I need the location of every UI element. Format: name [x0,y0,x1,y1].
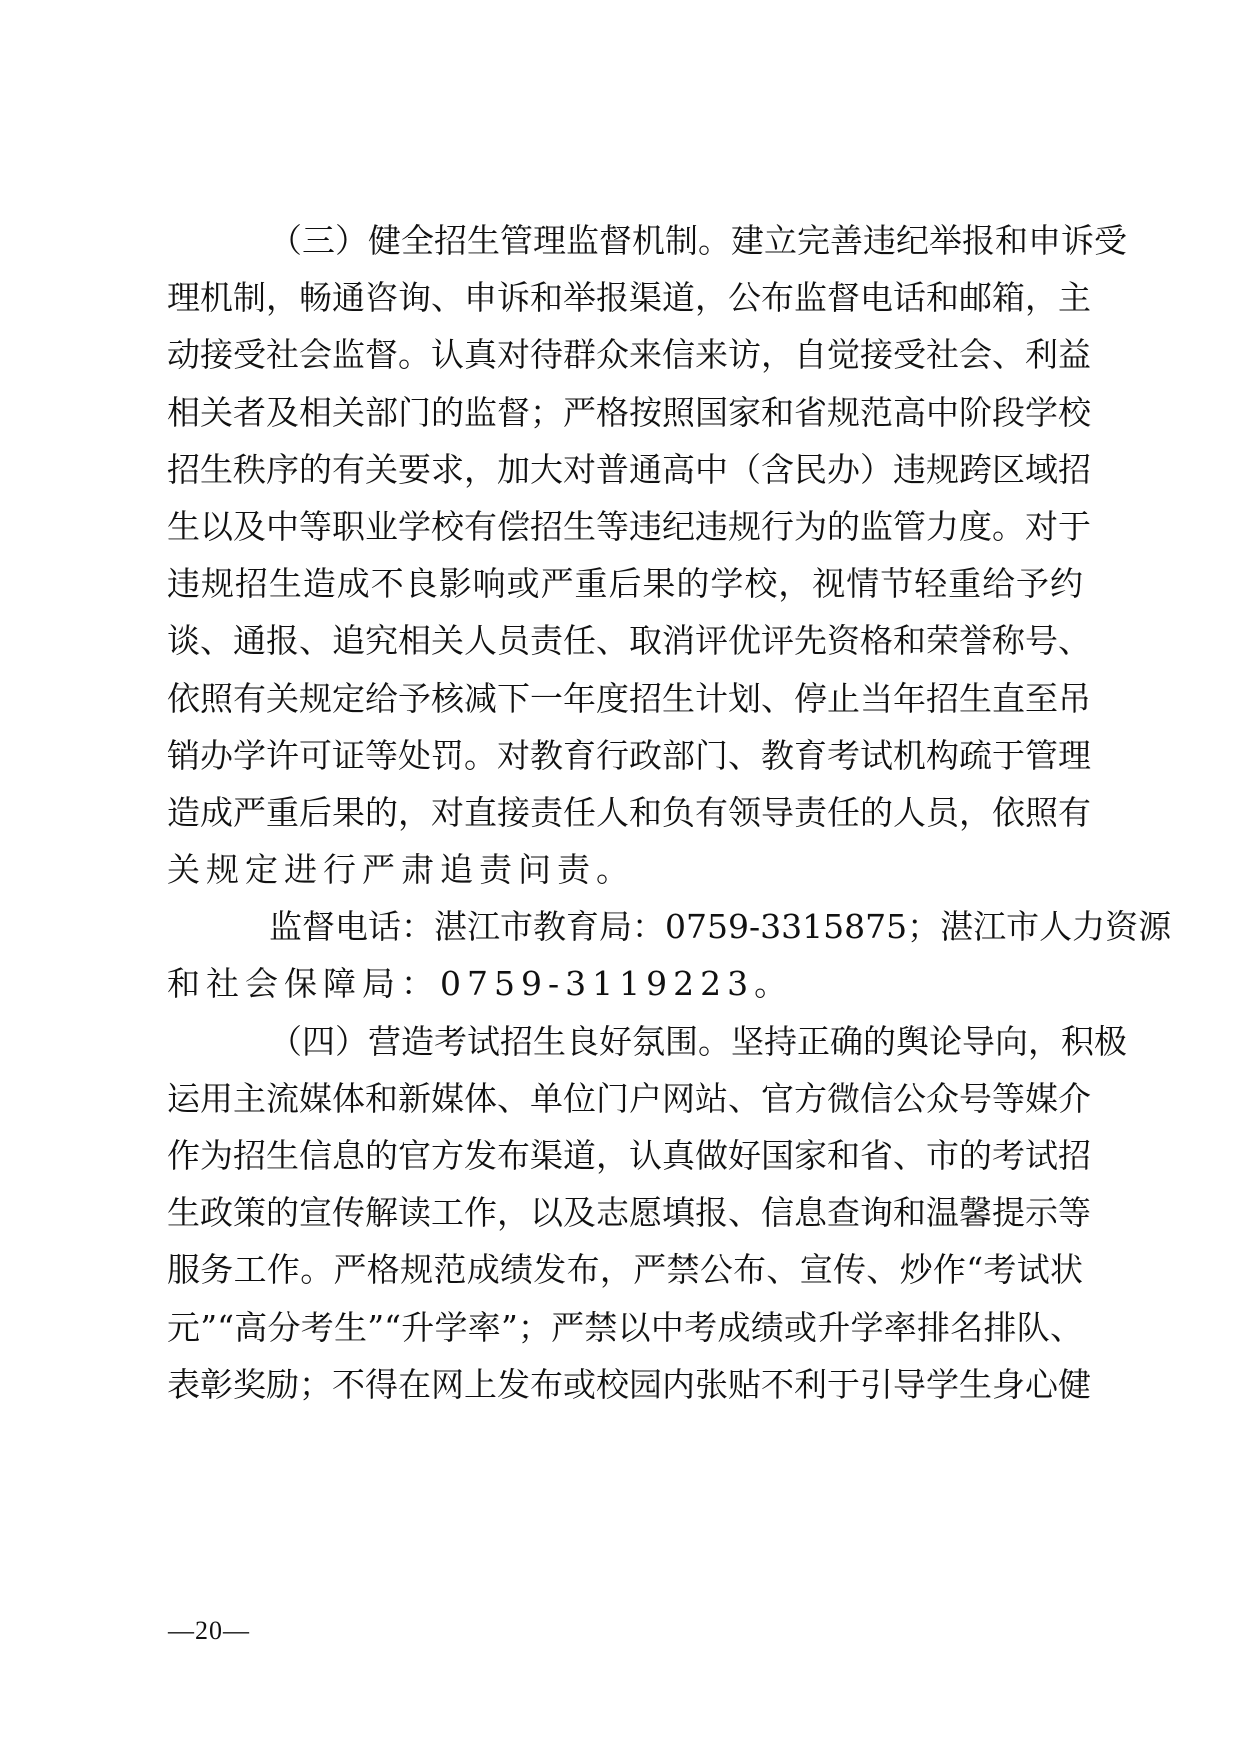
paragraph-line: 生以及中等职业学校有偿招生等违纪违规行为的监管力度。对于 [167,498,1083,555]
paragraph-line: 依照有关规定给予核减下一年度招生计划、停止当年招生直至吊 [167,670,1083,727]
paragraph-line: 作为招生信息的官方发布渠道，认真做好国家和省、市的考试招 [167,1127,1083,1184]
paragraph-line: 谈、通报、追究相关人员责任、取消评优评先资格和荣誉称号、 [167,612,1083,669]
phone-line: 监督电话：湛江市教育局：0759-3315875；湛江市人力资源 [167,898,1083,955]
paragraph-line: 关规定进行严肃追责问责。 [167,841,1083,898]
paragraph-line: 服务工作。严格规范成绩发布，严禁公布、宣传、炒作“考试状 [167,1241,1083,1298]
paragraph-line: 销办学许可证等处罚。对教育行政部门、教育考试机构疏于管理 [167,727,1083,784]
supervision-phones-paragraph: 监督电话：湛江市教育局：0759-3315875；湛江市人力资源 和社会保障局：… [167,898,1083,1012]
paragraph-line: 理机制，畅通咨询、申诉和举报渠道，公布监督电话和邮箱，主 [167,269,1083,326]
paragraph-line: 动接受社会监督。认真对待群众来信来访，自觉接受社会、利益 [167,326,1083,383]
page-number: —20— [168,1614,250,1648]
document-page: （三）健全招生管理监督机制。建立完善违纪举报和申诉受 理机制，畅通咨询、申诉和举… [0,0,1240,1754]
paragraph-section-3: （三）健全招生管理监督机制。建立完善违纪举报和申诉受 理机制，畅通咨询、申诉和举… [167,212,1083,898]
document-body: （三）健全招生管理监督机制。建立完善违纪举报和申诉受 理机制，畅通咨询、申诉和举… [167,212,1083,1413]
paragraph-line: 相关者及相关部门的监督；严格按照国家和省规范高中阶段学校 [167,384,1083,441]
paragraph-line: 造成严重后果的，对直接责任人和负有领导责任的人员，依照有 [167,784,1083,841]
paragraph-line: 运用主流媒体和新媒体、单位门户网站、官方微信公众号等媒介 [167,1070,1083,1127]
paragraph-line: 招生秩序的有关要求，加大对普通高中（含民办）违规跨区域招 [167,441,1083,498]
paragraph-line: 生政策的宣传解读工作，以及志愿填报、信息查询和温馨提示等 [167,1184,1083,1241]
paragraph-line: 元”“高分考生”“升学率”；严禁以中考成绩或升学率排名排队、 [167,1299,1083,1356]
phone-line: 和社会保障局：0759-3119223。 [167,955,1083,1012]
paragraph-line: 违规招生造成不良影响或严重后果的学校，视情节轻重给予约 [167,555,1083,612]
paragraph-line: 表彰奖励；不得在网上发布或校园内张贴不利于引导学生身心健 [167,1356,1083,1413]
paragraph-line: （三）健全招生管理监督机制。建立完善违纪举报和申诉受 [167,212,1083,269]
paragraph-line: （四）营造考试招生良好氛围。坚持正确的舆论导向，积极 [167,1013,1083,1070]
paragraph-section-4: （四）营造考试招生良好氛围。坚持正确的舆论导向，积极 运用主流媒体和新媒体、单位… [167,1013,1083,1413]
